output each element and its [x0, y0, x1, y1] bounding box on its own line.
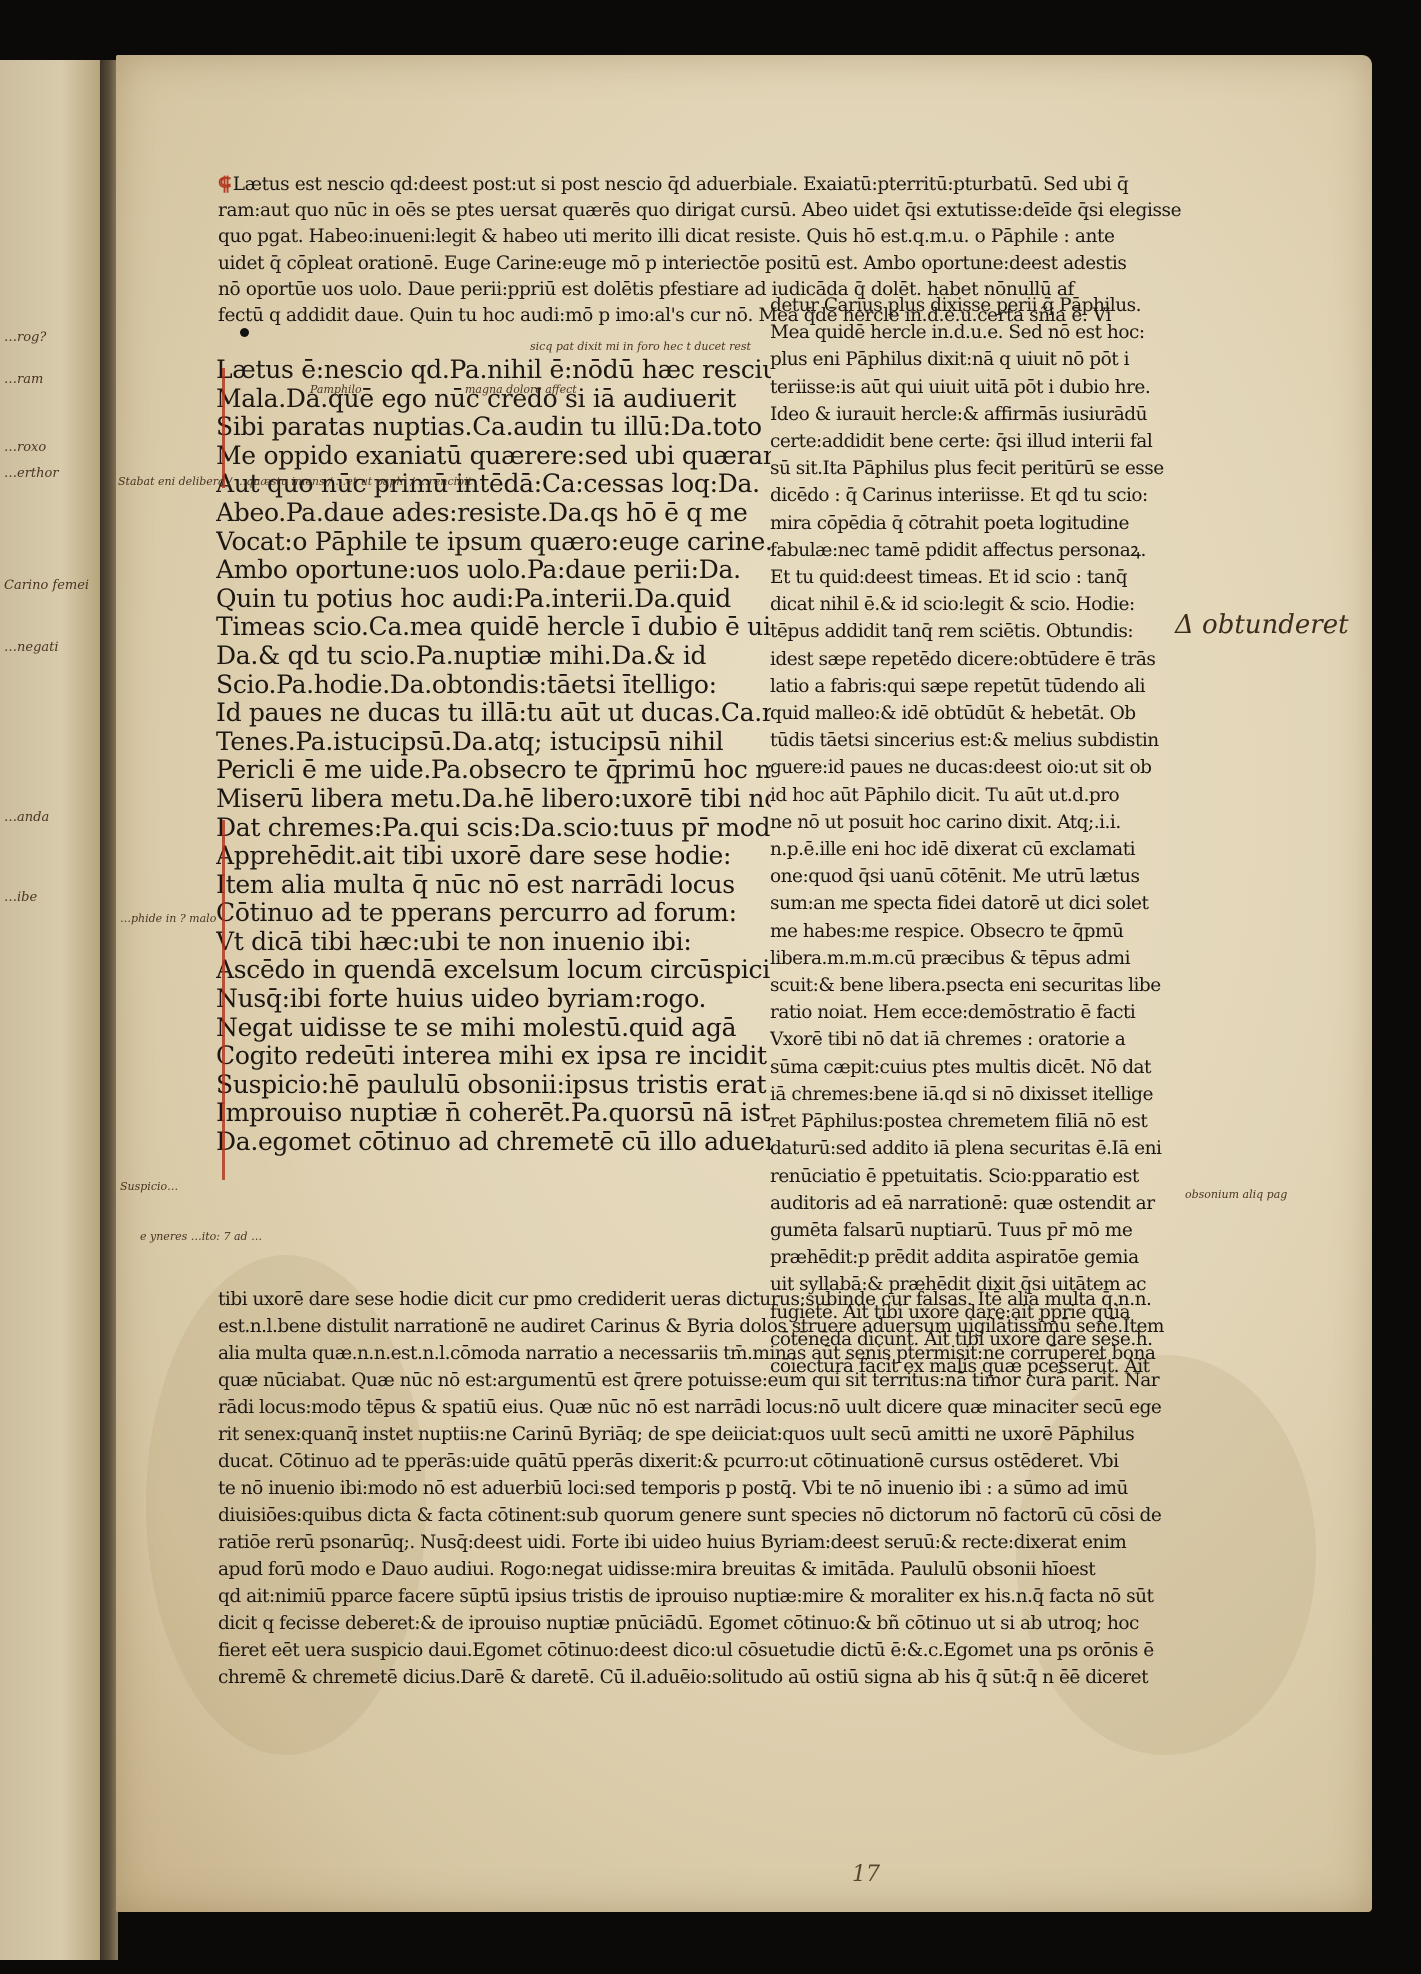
verse-line: Miserū libera metu.Da.hē libero:uxorē ti…: [216, 785, 771, 814]
commentary-line: tibi uxorē dare sese hodie dicit cur pmo…: [218, 1286, 1193, 1313]
verse-line: Apprehēdit.ait tibi uxorē dare sese hodi…: [216, 842, 771, 871]
verse-line: Item alia multa q̄ nūc nō est narrādi lo…: [216, 871, 771, 900]
commentary-line: me habes:me respice. Obsecro te q̄pmū: [770, 918, 1190, 945]
verse-line: Cōtinuo ad te pperans percurro ad forum:: [216, 899, 771, 928]
interlinear-note: sicq pat dixit mi in foro hec t ducet re…: [530, 340, 751, 353]
facing-leaf-note: …ram: [4, 372, 43, 387]
verse-line: Sibi paratas nuptias.Ca.audin tu illū:Da…: [216, 413, 771, 442]
verse-line: Ascēdo in quendā excelsum locum circūspi…: [216, 956, 771, 985]
verse-line: Suspicio:hē paululū obsonii:ipsus tristi…: [216, 1071, 771, 1100]
facing-leaf-note: …rog?: [4, 330, 46, 345]
verse-line: Scio.Pa.hodie.Da.obtondis:tāetsi ītellig…: [216, 671, 771, 700]
commentary-line: dicēdo : q̄ Carinus interiisse. Et qd tu…: [770, 482, 1190, 509]
commentary-line: rit senex:quanq̄ instet nuptiis:ne Carin…: [218, 1421, 1193, 1448]
commentary-line: n.p.ē.ille eni hoc idē dixerat cū exclam…: [770, 836, 1190, 863]
commentary-line: Mea quidē hercle in.d.u.e. Sed nō est ho…: [770, 319, 1190, 346]
commentary-line: ret Pāphilus:postea chremetem filiā nō e…: [770, 1108, 1190, 1135]
folio-number: 17: [852, 1862, 880, 1887]
verse-line: Timeas scio.Ca.mea quidē hercle ī dubio …: [216, 613, 771, 642]
verse-line: Vt dicā tibi hæc:ubi te non inuenio ibi:: [216, 928, 771, 957]
commentary-line: fabulæ:nec tamē pdidit affectus personaꝝ…: [770, 537, 1190, 564]
verse-line: Lætus ē:nescio qd.Pa.nihil ē:nōdū hæc re…: [216, 356, 771, 385]
commentary-line: teriisse:is aūt qui uiuit uitā pōt i dub…: [770, 374, 1190, 401]
rubric-initial-stroke: [222, 820, 225, 1180]
commentary-line: ⸿Lætus est nescio qd:deest post:ut si po…: [218, 172, 1193, 198]
verse-line: Cogito redeūti interea mihi ex ipsa re i…: [216, 1042, 771, 1071]
right-margin-note: obsonium aliq pag: [1185, 1188, 1287, 1201]
commentary-line: id hoc aūt Pāphilo dicit. Tu aūt ut.d.pr…: [770, 782, 1190, 809]
commentary-line: detur Carius plus dixisse perii q̄ Pāphi…: [770, 292, 1190, 319]
facing-leaf-note: …anda: [4, 810, 49, 825]
commentary-line: apud forū modo e Dauo audiui. Rogo:negat…: [218, 1556, 1193, 1583]
commentary-line: idest sæpe repetēdo dicere:obtūdere ē tr…: [770, 646, 1190, 673]
verse-line: Dat chremes:Pa.qui scis:Da.scio:tuus pr̄…: [216, 814, 771, 843]
commentary-line: Vxorē tibi nō dat iā chremes : oratorie …: [770, 1026, 1190, 1053]
commentary-line: tūdis tāetsi sincerius est:& melius subd…: [770, 727, 1190, 754]
commentary-line: sūma cæpit:cuius ptes multis dicēt. Nō d…: [770, 1054, 1190, 1081]
rubric-initial-stroke: [222, 368, 225, 488]
commentary-line: renūciatio ē ppetuitatis. Scio:pparatio …: [770, 1163, 1190, 1190]
facing-leaf-note: …roxo: [4, 440, 46, 455]
commentary-line: ram:aut quo nūc in oēs se ptes uersat qu…: [218, 198, 1193, 224]
commentary-line: latio a fabris:qui sæpe repetūt tūdendo …: [770, 673, 1190, 700]
verse-line: Da.& qd tu scio.Pa.nuptiæ mihi.Da.& id: [216, 642, 771, 671]
commentary-line: fieret eēt uera suspicio daui.Egomet cōt…: [218, 1637, 1193, 1664]
facing-leaf-note: …erthor: [4, 466, 59, 481]
verse-line: Id paues ne ducas tu illā:tu aūt ut duca…: [216, 699, 771, 728]
commentary-line: ratiōe rerū psonarūq;. Nusq̄:deest uidi.…: [218, 1529, 1193, 1556]
commentary-line: uidet q̄ cōpleat orationē. Euge Carine:e…: [218, 251, 1193, 277]
commentary-line: scuit:& bene libera.psecta eni securitas…: [770, 972, 1190, 999]
commentary-line: tēpus addidit tanq̄ rem sciētis. Obtundi…: [770, 618, 1190, 645]
commentary-line: gumēta falsarū nuptiarū. Tuus pr̄ mō me: [770, 1217, 1190, 1244]
marginal-note-left: Suspicio…: [120, 1180, 178, 1193]
commentary-line: Ideo & iurauit hercle:& affirmās iusiurā…: [770, 401, 1190, 428]
commentary-line: auditoris ad eā narrationē: quæ ostendit…: [770, 1190, 1190, 1217]
paragraph-mark-icon: ⸿: [218, 174, 231, 195]
commentary-line: dicat nihil ē.& id scio:legit & scio. Ho…: [770, 591, 1190, 618]
commentary-line: ducat. Cōtinuo ad te pperās:uide quātū p…: [218, 1448, 1193, 1475]
verse-line: Negat uidisse te se mihi molestū.quid ag…: [216, 1014, 771, 1043]
ink-dot: [240, 328, 249, 337]
interlinear-note: magna dolore affect: [465, 383, 577, 396]
commentary-line: chremē & chremetē dicius.Darē & daretē. …: [218, 1664, 1193, 1691]
commentary-line: plus eni Pāphilus dixit:nā q uiuit nō pō…: [770, 346, 1190, 373]
commentary-line: quid malleo:& idē obtūdūt & hebetāt. Ob: [770, 700, 1190, 727]
commentary-line: rādi locus:modo tēpus & spatiū eius. Quæ…: [218, 1394, 1193, 1421]
verse-line: Tenes.Pa.istucipsū.Da.atq; istucipsū nih…: [216, 728, 771, 757]
marginal-note-left: …phide in ? malo: [120, 912, 216, 925]
commentary-line: te nō inuenio ibi:modo nō est aduerbiū l…: [218, 1475, 1193, 1502]
commentary-line: præhēdit:p prēdit addita aspiratōe gemia: [770, 1244, 1190, 1271]
line-text: Lætus est nescio qd:deest post:ut si pos…: [233, 174, 1129, 195]
commentary-line: quo pgat. Habeo:inueni:legit & habeo uti…: [218, 224, 1193, 250]
verse-line: Da.egomet cōtinuo ad chremetē cū illo ad…: [216, 1128, 771, 1157]
commentary-line: guere:id paues ne ducas:deest oio:ut sit…: [770, 754, 1190, 781]
verse-line: Abeo.Pa.daue ades:resiste.Da.qs hō ē q m…: [216, 499, 771, 528]
commentary-line: sū sit.Ita Pāphilus plus fecit peritūrū …: [770, 455, 1190, 482]
commentary-line: quæ nūciabat. Quæ nūc nō est:argumentū e…: [218, 1367, 1193, 1394]
facing-leaf-note: …negati: [4, 640, 59, 655]
commentary-line: alia multa quæ.n.n.est.n.l.cōmoda narrat…: [218, 1340, 1193, 1367]
commentary-line: ne nō ut posuit hoc carino dixit. Atq;.i…: [770, 809, 1190, 836]
commentary-line: iā chremes:bene iā.qd si nō dixisset ite…: [770, 1081, 1190, 1108]
facing-page-leaf: [0, 60, 112, 1960]
verse-line: Improuiso nuptiæ n̄ coherēt.Pa.quorsū nā…: [216, 1099, 771, 1128]
verse-line: Quin tu potius hoc audi:Pa.interii.Da.qu…: [216, 585, 771, 614]
marginal-note-left: Stabat eni delibera / …quæstu imens / …e…: [118, 475, 472, 489]
right-commentary: detur Carius plus dixisse perii q̄ Pāphi…: [770, 292, 1190, 1380]
marginal-note-left: e yneres …ito: 7 ad …: [140, 1230, 262, 1243]
verse-line: Nusq̄:ibi forte huius uideo byriam:rogo.: [216, 985, 771, 1014]
interlinear-note: Pamphilo: [310, 383, 362, 396]
verse-line: Me oppido exaniatū quærere:sed ubi quæra…: [216, 442, 771, 471]
commentary-line: libera.m.m.m.cū præcibus & tēpus admi: [770, 945, 1190, 972]
marginal-note-obtunderet: Δ obtunderet: [1175, 610, 1349, 640]
commentary-line: Et tu quid:deest timeas. Et id scio : ta…: [770, 564, 1190, 591]
commentary-line: mira cōpēdia q̄ cōtrahit poeta logitudin…: [770, 510, 1190, 537]
commentary-line: certe:addidit bene certe: q̄si illud int…: [770, 428, 1190, 455]
commentary-line: one:quod q̄si uanū cōtēnit. Me utrū lætu…: [770, 863, 1190, 890]
commentary-line: dicit q fecisse deberet:& de iprouiso nu…: [218, 1610, 1193, 1637]
facing-leaf-note: Carino femei: [4, 578, 89, 593]
facing-leaf-note: …ibe: [4, 890, 37, 905]
commentary-line: sum:an me specta fidei datorē ut dici so…: [770, 890, 1190, 917]
verse-line: Vocat:o Pāphile te ipsum quæro:euge cari…: [216, 528, 771, 557]
commentary-line: qd ait:nimiū pparce facere sūptū ipsius …: [218, 1583, 1193, 1610]
commentary-line: est.n.l.bene distulit narrationē ne audi…: [218, 1313, 1193, 1340]
bottom-commentary: tibi uxorē dare sese hodie dicit cur pmo…: [218, 1286, 1193, 1691]
verse-line: Pericli ē me uide.Pa.obsecro te q̄primū …: [216, 756, 771, 785]
commentary-line: diuisiōes:quibus dicta & facta cōtinent:…: [218, 1502, 1193, 1529]
verse-line: Ambo oportune:uos uolo.Pa:daue perii:Da.: [216, 556, 771, 585]
commentary-line: daturū:sed addito iā plena securitas ē.I…: [770, 1135, 1190, 1162]
commentary-line: ratio noiat. Hem ecce:demōstratio ē fact…: [770, 999, 1190, 1026]
